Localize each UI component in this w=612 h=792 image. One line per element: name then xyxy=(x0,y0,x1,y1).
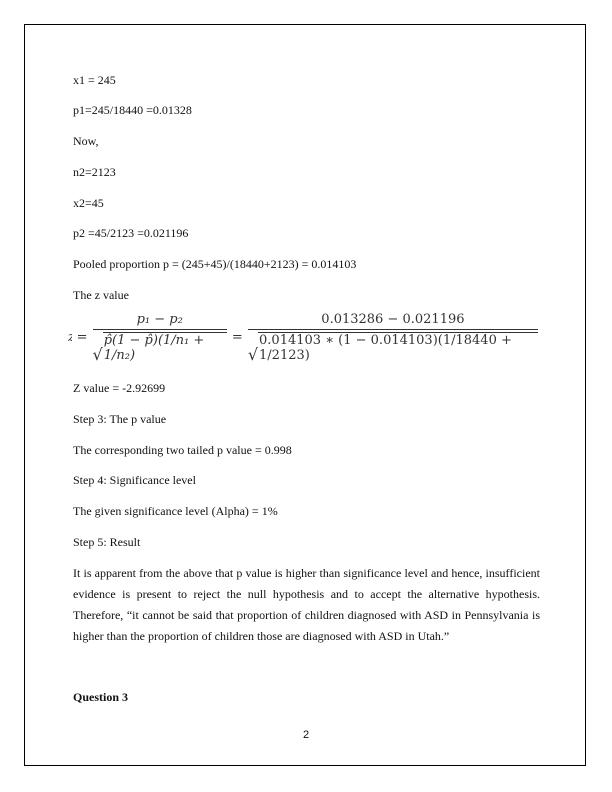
text-p-value: The corresponding two tailed p value = 0… xyxy=(73,443,292,457)
text-step5: Step 5: Result xyxy=(73,535,140,549)
text-z-value-label: The z value xyxy=(73,288,129,302)
formula-numeric-numerator: 0.013286 − 0.021196 xyxy=(319,312,466,329)
text-step3: Step 3: The p value xyxy=(73,412,166,426)
text-x1: x1 = 245 xyxy=(73,73,116,87)
text-x2: x2=45 xyxy=(73,196,104,210)
z-formula: z = p₁ − p₂ √p̂(1 − p̂)(1/n₁ + 1/n₂) = 0… xyxy=(68,312,538,362)
formula-general-numerator: p₁ − p₂ xyxy=(135,312,185,329)
page-border xyxy=(24,24,586,766)
sqrt-icon: √ xyxy=(93,347,103,363)
formula-general-radicand: p̂(1 − p̂)(1/n₁ + 1/n₂) xyxy=(103,332,227,363)
sqrt-icon: √ xyxy=(248,347,258,363)
page-number: 2 xyxy=(0,729,612,742)
text-p2: p2 =45/2123 =0.021196 xyxy=(73,226,188,240)
formula-equals-2: = xyxy=(227,330,248,345)
formula-equals-1: = xyxy=(72,330,93,345)
formula-numeric-denominator: √0.014103 ∗ (1 − 0.014103)(1/18440 + 1/2… xyxy=(248,330,538,363)
text-z-value-result: Z value = -2.92699 xyxy=(73,381,165,395)
text-step4: Step 4: Significance level xyxy=(73,473,196,487)
formula-general-fraction: p₁ − p₂ √p̂(1 − p̂)(1/n₁ + 1/n₂) xyxy=(93,312,227,362)
heading-question-3: Question 3 xyxy=(73,690,128,704)
text-p1: p1=245/18440 =0.01328 xyxy=(73,103,192,117)
result-paragraph: It is apparent from the above that p val… xyxy=(73,563,540,647)
text-pooled-proportion: Pooled proportion p = (245+45)/(18440+21… xyxy=(73,257,356,271)
text-n2: n2=2123 xyxy=(73,165,116,179)
formula-general-denominator: √p̂(1 − p̂)(1/n₁ + 1/n₂) xyxy=(93,330,227,363)
text-now: Now, xyxy=(73,134,99,148)
text-significance-level: The given significance level (Alpha) = 1… xyxy=(73,504,278,518)
formula-numeric-radicand: 0.014103 ∗ (1 − 0.014103)(1/18440 + 1/21… xyxy=(258,332,538,363)
formula-numeric-fraction: 0.013286 − 0.021196 √0.014103 ∗ (1 − 0.0… xyxy=(248,312,538,362)
